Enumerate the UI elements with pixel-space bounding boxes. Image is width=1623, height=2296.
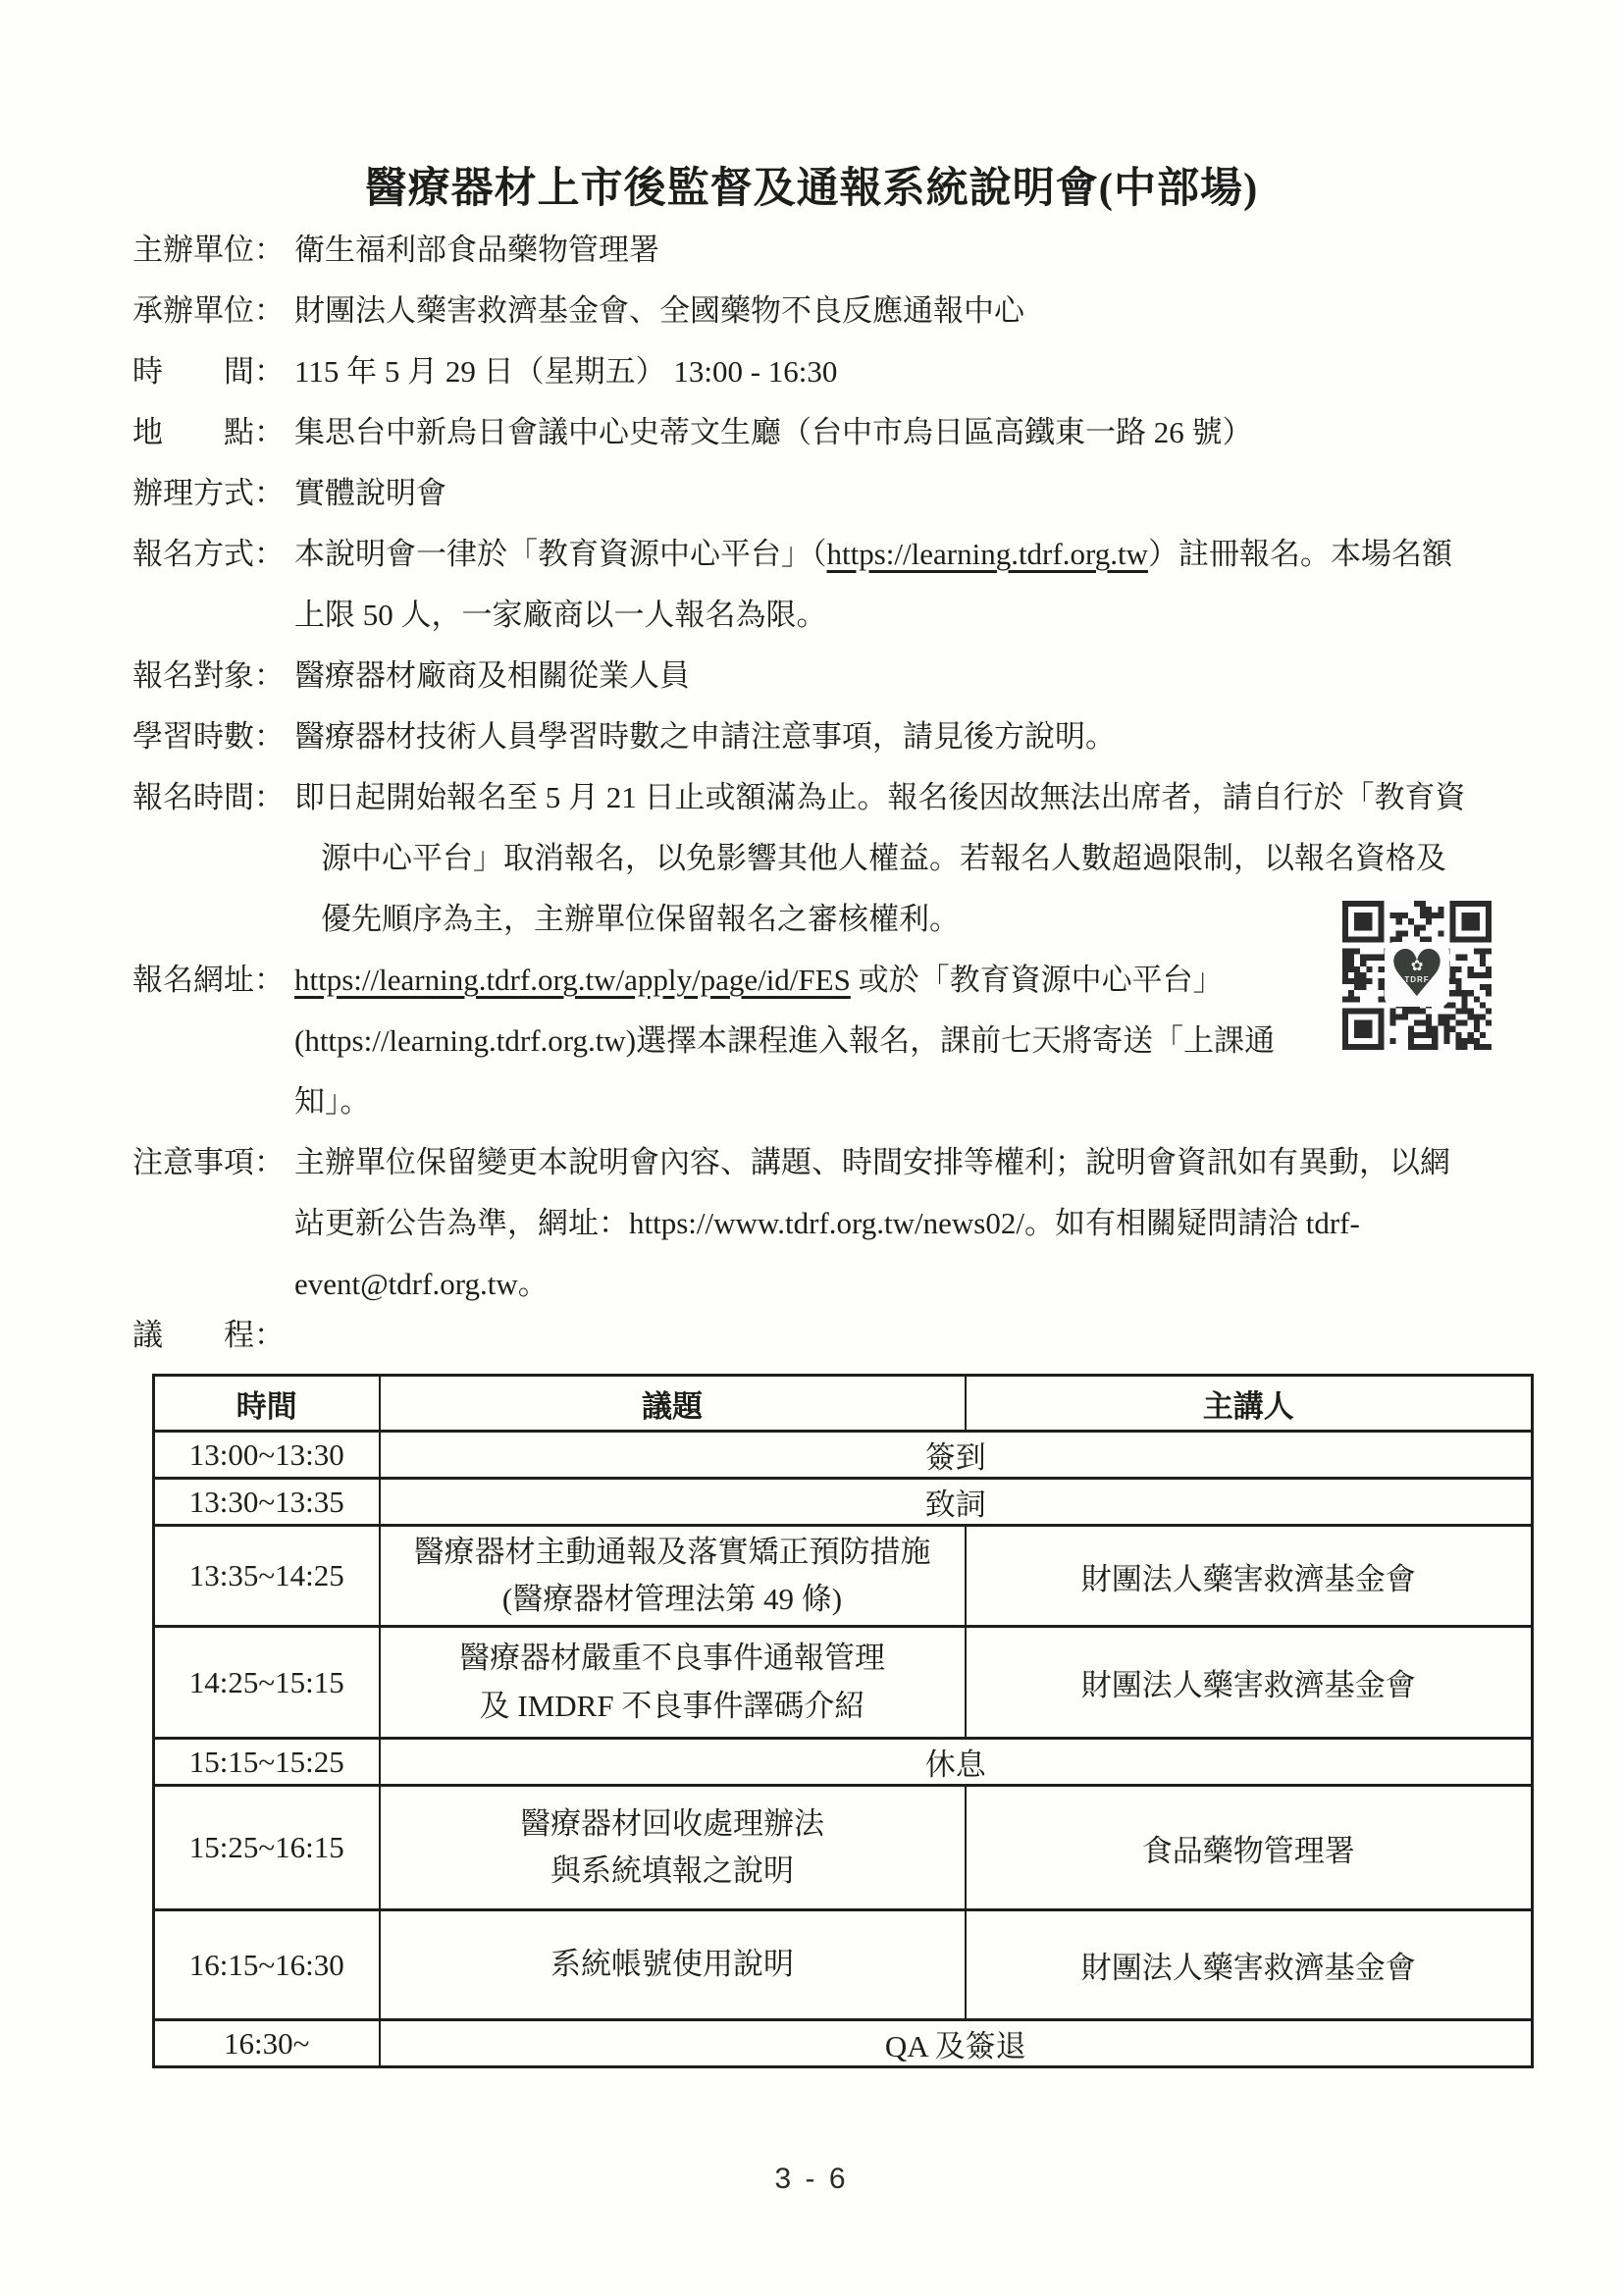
table-row: 13:30~13:35致詞 — [154, 1479, 1533, 1526]
info-section: 主辦單位：衛生福利部食品藥物管理署承辦單位：財團法人藥害救濟基金會、全國藥物不良… — [132, 220, 1536, 1315]
table-row: 16:30~QA 及簽退 — [154, 2020, 1533, 2067]
agenda-time-cell: 15:15~15:25 — [154, 1739, 380, 1786]
table-row: 13:35~14:25醫療器材主動通報及落實矯正預防措施(醫療器材管理法第 49… — [154, 1526, 1533, 1627]
info-text: 優先順序為主，主辦單位保留報名之審核權利。 — [321, 902, 960, 936]
agenda-time-cell: 13:30~13:35 — [154, 1479, 380, 1526]
info-line: 學習時數：醫療器材技術人員學習時數之申請注意事項，請見後方說明。 — [132, 706, 1536, 767]
agenda-time-cell: 15:25~16:15 — [154, 1786, 380, 1910]
agenda-speaker-cell: 財團法人藥害救濟基金會 — [966, 1526, 1533, 1627]
info-line: 承辦單位：財團法人藥害救濟基金會、全國藥物不良反應通報中心 — [132, 281, 1536, 341]
info-text: 上限 50 人，一家廠商以一人報名為限。 — [294, 598, 827, 632]
flower-emblem-icon: ✿ — [1411, 959, 1424, 973]
table-row: 15:25~16:15醫療器材回收處理辦法與系統填報之說明食品藥物管理署 — [154, 1786, 1533, 1910]
info-text: 本說明會一律於「教育資源中心平台」（ — [294, 537, 827, 571]
info-label: 辦理方式： — [132, 463, 294, 524]
info-line: (https://learning.tdrf.org.tw)選擇本課程進入報名，… — [132, 1011, 1536, 1071]
info-row: 辦理方式：實體說明會 — [132, 463, 1536, 524]
topic-line: 及 IMDRF 不良事件譯碼介紹 — [387, 1683, 959, 1730]
info-line: 注意事項：主辦單位保留變更本說明會內容、講題、時間安排等權利；說明會資訊如有異動… — [132, 1132, 1536, 1193]
info-text: 醫療器材技術人員學習時數之申請注意事項，請見後方說明。 — [294, 719, 1116, 754]
page-title: 醫療器材上市後監督及通報系統說明會(中部場) — [0, 155, 1623, 215]
info-text: 集思台中新烏日會議中心史蒂文生廳（台中市烏日區高鐵東一路 26 號） — [294, 415, 1253, 449]
info-row: 地 點：集思台中新烏日會議中心史蒂文生廳（台中市烏日區高鐵東一路 26 號） — [132, 402, 1536, 463]
info-row: 主辦單位：衛生福利部食品藥物管理署 — [132, 220, 1536, 281]
info-text: event@tdrf.org.tw。 — [294, 1267, 549, 1301]
info-line: 主辦單位：衛生福利部食品藥物管理署 — [132, 220, 1536, 281]
info-label: 地 點： — [132, 402, 294, 463]
info-text: 醫療器材廠商及相關從業人員 — [294, 658, 690, 693]
info-text: 站更新公告為準，網址：https://www.tdrf.org.tw/news0… — [294, 1206, 1360, 1240]
agenda-topic-cell: 醫療器材嚴重不良事件通報管理及 IMDRF 不良事件譯碼介紹 — [380, 1627, 966, 1739]
info-label: 報名網址： — [132, 950, 294, 1011]
agenda-label: 議 程： — [132, 1305, 285, 1366]
info-line: 優先順序為主，主辦單位保留報名之審核權利。 — [132, 889, 1536, 950]
agenda-time-cell: 16:15~16:30 — [154, 1910, 380, 2020]
agenda-merged-cell: 休息 — [380, 1739, 1533, 1786]
info-line: 報名時間：即日起開始報名至 5 月 21 日止或額滿為止。報名後因故無法出席者，… — [132, 767, 1536, 828]
page-number: 3 - 6 — [0, 2163, 1623, 2196]
topic-line: 與系統填報之說明 — [387, 1848, 959, 1895]
agenda-speaker-cell: 食品藥物管理署 — [966, 1786, 1533, 1910]
topic-line: (醫療器材管理法第 49 條) — [387, 1576, 959, 1623]
info-line: 站更新公告為準，網址：https://www.tdrf.org.tw/news0… — [132, 1193, 1536, 1254]
qr-logo-text: TDRF — [1404, 975, 1429, 984]
info-label: 注意事項： — [132, 1132, 294, 1193]
document-page: 醫療器材上市後監督及通報系統說明會(中部場) 主辦單位：衛生福利部食品藥物管理署… — [0, 0, 1623, 2296]
info-label: 報名方式： — [132, 524, 294, 585]
table-row: 13:00~13:30簽到 — [154, 1432, 1533, 1479]
qr-code: ♥ ✿ TDRF — [1342, 901, 1492, 1050]
table-row: 15:15~15:25休息 — [154, 1739, 1533, 1786]
agenda-merged-cell: 簽到 — [380, 1432, 1533, 1479]
topic-line: 醫療器材嚴重不良事件通報管理 — [387, 1635, 959, 1682]
info-label: 主辦單位： — [132, 220, 294, 281]
agenda-header: 議題 — [380, 1376, 966, 1432]
info-row: 時 間：115 年 5 月 29 日（星期五） 13:00 - 16:30 — [132, 341, 1536, 402]
info-line: 上限 50 人，一家廠商以一人報名為限。 — [132, 585, 1536, 646]
info-label: 承辦單位： — [132, 281, 294, 341]
info-text: 主辦單位保留變更本說明會內容、講題、時間安排等權利；說明會資訊如有異動，以網 — [294, 1145, 1450, 1179]
info-text: 衛生福利部食品藥物管理署 — [294, 233, 659, 267]
info-row: 報名對象：醫療器材廠商及相關從業人員 — [132, 646, 1536, 706]
topic-line: 醫療器材回收處理辦法 — [387, 1800, 959, 1848]
info-line: 報名網址：https://learning.tdrf.org.tw/apply/… — [132, 950, 1536, 1011]
info-line: 知」。 — [132, 1071, 1536, 1132]
topic-line: 系統帳號使用說明 — [387, 1941, 959, 1988]
info-text: 實體說明會 — [294, 476, 446, 510]
info-text: 或於「教育資源中心平台」 — [851, 963, 1224, 997]
info-text: ）註冊報名。本場名額 — [1148, 537, 1452, 571]
info-row: 報名方式：本說明會一律於「教育資源中心平台」（https://learning.… — [132, 524, 1536, 646]
info-line: 報名方式：本說明會一律於「教育資源中心平台」（https://learning.… — [132, 524, 1536, 585]
table-row: 16:15~16:30系統帳號使用說明財團法人藥害救濟基金會 — [154, 1910, 1533, 2020]
agenda-merged-cell: 致詞 — [380, 1479, 1533, 1526]
info-line: event@tdrf.org.tw。 — [132, 1254, 1536, 1315]
agenda-time-cell: 16:30~ — [154, 2020, 380, 2067]
table-row: 14:25~15:15醫療器材嚴重不良事件通報管理及 IMDRF 不良事件譯碼介… — [154, 1627, 1533, 1739]
info-text: 知」。 — [294, 1084, 371, 1119]
underlined-url: https://learning.tdrf.org.tw — [827, 537, 1148, 571]
info-label: 學習時數： — [132, 706, 294, 767]
agenda-header: 時間 — [154, 1376, 380, 1432]
agenda-table: 時間議題主講人13:00~13:30簽到13:30~13:35致詞13:35~1… — [152, 1374, 1534, 2068]
agenda-time-cell: 13:35~14:25 — [154, 1526, 380, 1627]
info-line: 源中心平台」取消報名，以免影響其他人權益。若報名人數超過限制，以報名資格及 — [132, 828, 1536, 889]
agenda-time-cell: 13:00~13:30 — [154, 1432, 380, 1479]
info-label: 報名時間： — [132, 767, 294, 828]
agenda-time-cell: 14:25~15:15 — [154, 1627, 380, 1739]
agenda-topic-cell: 醫療器材回收處理辦法與系統填報之說明 — [380, 1786, 966, 1910]
info-row: 報名網址：https://learning.tdrf.org.tw/apply/… — [132, 950, 1536, 1132]
agenda-topic-cell: 醫療器材主動通報及落實矯正預防措施(醫療器材管理法第 49 條) — [380, 1526, 966, 1627]
info-text: 源中心平台」取消報名，以免影響其他人權益。若報名人數超過限制，以報名資格及 — [321, 841, 1446, 875]
topic-line: 醫療器材主動通報及落實矯正預防措施 — [387, 1529, 959, 1576]
info-row: 承辦單位：財團法人藥害救濟基金會、全國藥物不良反應通報中心 — [132, 281, 1536, 341]
info-text: 115 年 5 月 29 日（星期五） 13:00 - 16:30 — [294, 354, 837, 389]
info-text: (https://learning.tdrf.org.tw)選擇本課程進入報名，… — [294, 1023, 1275, 1058]
agenda-header: 主講人 — [966, 1376, 1533, 1432]
underlined-url: https://learning.tdrf.org.tw/apply/page/… — [294, 963, 851, 997]
heart-icon: ♥ — [1387, 945, 1445, 1004]
agenda-speaker-cell: 財團法人藥害救濟基金會 — [966, 1627, 1533, 1739]
info-line: 報名對象：醫療器材廠商及相關從業人員 — [132, 646, 1536, 706]
info-line: 時 間：115 年 5 月 29 日（星期五） 13:00 - 16:30 — [132, 341, 1536, 402]
info-text: 即日起開始報名至 5 月 21 日止或額滿為止。報名後因故無法出席者，請自行於「… — [294, 780, 1466, 814]
info-row: 注意事項：主辦單位保留變更本說明會內容、講題、時間安排等權利；說明會資訊如有異動… — [132, 1132, 1536, 1315]
agenda-merged-cell: QA 及簽退 — [380, 2020, 1533, 2067]
info-line: 辦理方式：實體說明會 — [132, 463, 1536, 524]
info-row: 報名時間：即日起開始報名至 5 月 21 日止或額滿為止。報名後因故無法出席者，… — [132, 767, 1536, 950]
info-row: 學習時數：醫療器材技術人員學習時數之申請注意事項，請見後方說明。 — [132, 706, 1536, 767]
agenda-topic-cell: 系統帳號使用說明 — [380, 1910, 966, 2020]
info-line: 地 點：集思台中新烏日會議中心史蒂文生廳（台中市烏日區高鐵東一路 26 號） — [132, 402, 1536, 463]
info-label: 時 間： — [132, 341, 294, 402]
info-text: 財團法人藥害救濟基金會、全國藥物不良反應通報中心 — [294, 293, 1024, 328]
qr-heart-logo: ♥ ✿ TDRF — [1385, 942, 1449, 1007]
agenda-speaker-cell: 財團法人藥害救濟基金會 — [966, 1910, 1533, 2020]
info-label: 報名對象： — [132, 646, 294, 706]
